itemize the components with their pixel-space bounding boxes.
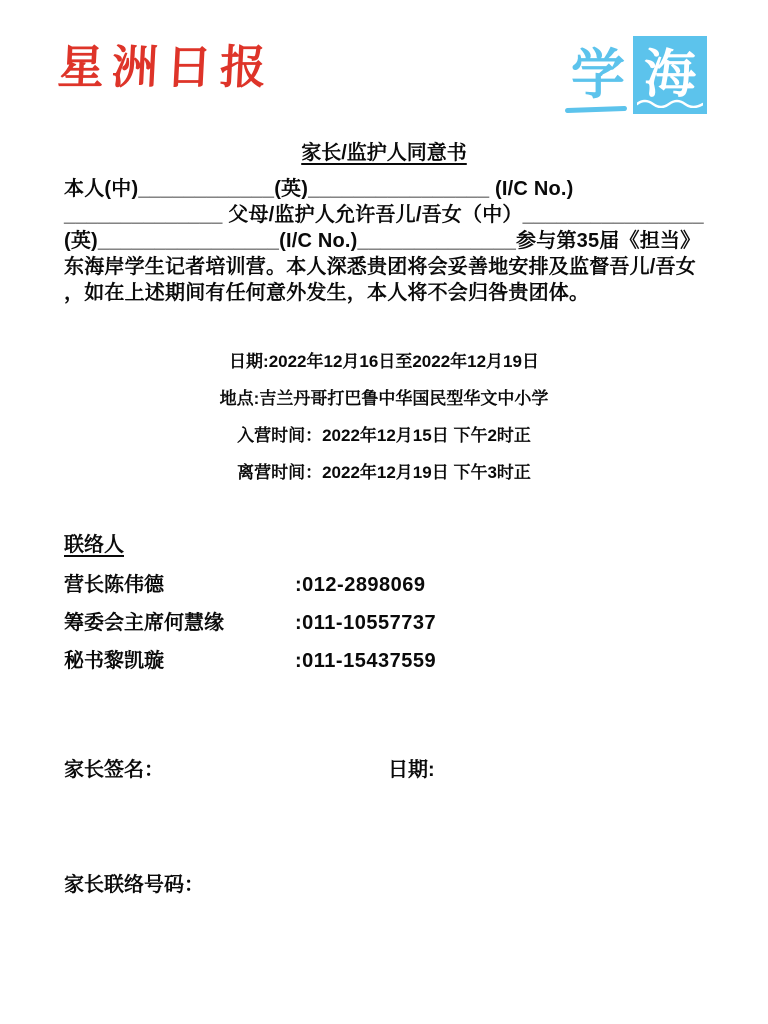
contact-row: 营长陈伟德 :012-2898069 — [64, 575, 436, 596]
wave-icon — [637, 98, 703, 108]
consent-paragraph: 本人(中)____________(英)________________ (I/… — [64, 176, 708, 306]
document-title: 家长/监护人同意书 — [0, 136, 768, 165]
consent-line: ，如在上述期间有任何意外发生，本人将不会归咎贵团体。 — [64, 280, 708, 306]
xuehai-char-xue-text: 学 — [571, 48, 625, 102]
contact-row: 筹委会主席何慧缘 :011-10557737 — [64, 613, 436, 634]
consent-line: 东海岸学生记者培训营。本人深悉贵团将会妥善地安排及监督吾儿/吾女 — [64, 254, 708, 280]
contact-name: 秘书黎凯璇 — [64, 651, 295, 672]
signature-date-label: 日期: — [388, 753, 435, 782]
xuehai-logo-char-hai: 海 — [633, 36, 707, 114]
consent-form-page: 星洲日报 学 海 家长/监护人同意书 本人(中)____________(英)_… — [0, 0, 768, 1024]
contacts-section: 联络人 营长陈伟德 :012-2898069 筹委会主席何慧缘 :011-105… — [64, 528, 436, 689]
xuehai-underline-stroke — [565, 106, 627, 113]
event-schedule: 日期:2022年12月16日至2022年12月19日 地点:吉兰丹哥打巴鲁中华国… — [0, 352, 768, 500]
xuehai-logo: 学 海 — [563, 36, 707, 114]
contacts-heading: 联络人 — [64, 528, 436, 557]
contact-phone: :012-2898069 — [295, 575, 426, 596]
consent-line: ______________ 父母/监护人允许吾儿/吾女（中）_________… — [64, 202, 708, 228]
check-in-time: 入营时间：2022年12月15日 下午2时正 — [0, 426, 768, 446]
contact-row: 秘书黎凯璇 :011-15437559 — [64, 651, 436, 672]
event-date-range: 日期:2022年12月16日至2022年12月19日 — [0, 352, 768, 372]
check-out-time: 离营时间：2022年12月19日 下午3时正 — [0, 463, 768, 483]
signature-section: 家长签名： 日期: — [64, 753, 435, 782]
consent-line: (英)________________(I/C No.)____________… — [64, 228, 708, 254]
event-location: 地点:吉兰丹哥打巴鲁中华国民型华文中小学 — [0, 389, 768, 409]
parent-contact-number-label: 家长联络号码： — [64, 868, 204, 897]
contact-phone: :011-15437559 — [295, 651, 436, 672]
contact-name: 筹委会主席何慧缘 — [64, 613, 295, 634]
xuehai-char-hai-text: 海 — [644, 49, 696, 101]
xuehai-logo-char-xue: 学 — [563, 36, 633, 114]
parent-signature-label: 家长签名： — [64, 753, 388, 782]
contact-phone: :011-10557737 — [295, 613, 436, 634]
contact-name: 营长陈伟德 — [64, 575, 295, 596]
sinchew-daily-logo: 星洲日报 — [57, 44, 275, 90]
consent-line: 本人(中)____________(英)________________ (I/… — [64, 176, 708, 202]
